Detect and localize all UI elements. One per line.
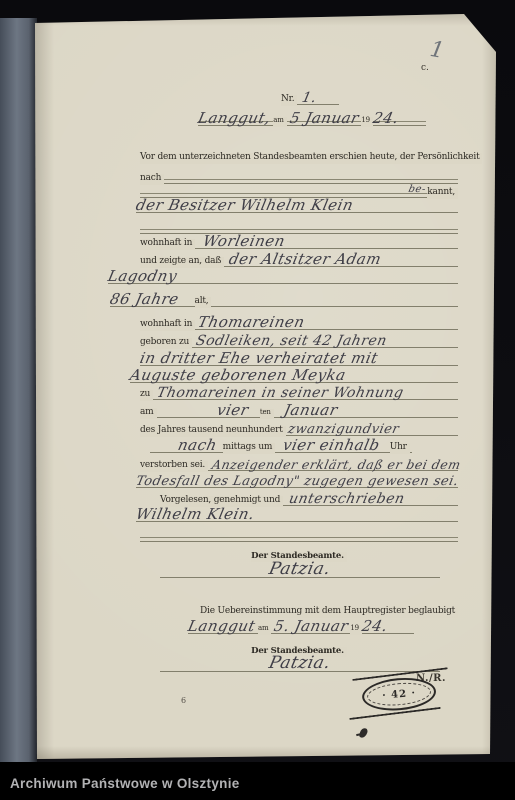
printed-text: Nr.	[281, 95, 297, 106]
scanned-register-page: Nr.1.Langgut,am5 Januar1924.Vor dem unte…	[0, 0, 515, 800]
handwritten-text: be-	[407, 185, 427, 199]
handwritten-text: Lagodny	[106, 269, 178, 285]
handwritten-text: vier	[215, 403, 250, 419]
printed-text: am	[140, 408, 157, 419]
printed-text: kannt,	[427, 188, 458, 199]
handwritten-text: der Besitzer Wilhelm Klein	[134, 198, 354, 214]
form-line: verstorben sei.Anzeigender erklärt, daß …	[140, 451, 458, 472]
handwritten-text: Sodleiken, seit 42 Jahren	[194, 334, 388, 349]
printed-text: verstorben sei.	[140, 461, 208, 472]
handwritten-text: Langgut,	[196, 111, 272, 127]
stamp-number: · 42 ·	[382, 687, 417, 701]
handwritten-text: vier einhalb	[282, 438, 382, 454]
form-line: Patzia.	[160, 558, 440, 579]
handwritten-text: 1.	[301, 91, 319, 106]
handwritten-text: Worleinen	[201, 234, 286, 250]
printed-text: mittags um	[223, 443, 276, 454]
printed-text: geboren zu	[140, 338, 192, 349]
archive-stamp: · 42 ·	[347, 663, 460, 723]
handwritten-text: Wilhelm Klein.	[134, 507, 256, 523]
handwritten-text: Thomareinen	[196, 315, 306, 331]
printed-text: wohnhaft in	[140, 239, 195, 250]
corner-letter: c.	[421, 63, 429, 73]
printed-text: alt,	[195, 297, 212, 308]
handwritten-text: Patzia.	[268, 655, 333, 673]
watermark-bar: Archiwum Państwowe w Olsztynie	[0, 762, 515, 800]
handwritten-text: 24.	[371, 111, 400, 127]
printed-text: am	[258, 625, 271, 635]
printed-text: Uhr	[390, 443, 410, 454]
handwritten-text: Todesfall des Lagodny" zugegen gewesen s…	[135, 475, 460, 489]
form-line: Die Uebereinstimmung mit dem Hauptregist…	[200, 597, 478, 618]
watermark-text: Archiwum Państwowe w Olsztynie	[10, 776, 240, 791]
handwritten-text: Patzia.	[268, 561, 333, 579]
handwritten-text: 86 Jahre	[108, 292, 180, 308]
form-line: Vor dem unterzeichneten Standesbeamten e…	[140, 143, 460, 164]
handwritten-text: 24.	[360, 619, 389, 635]
printed-text: am	[273, 117, 286, 127]
handwritten-text: Thomareinen in seiner Wohnung	[156, 386, 406, 401]
handwritten-text: nach	[176, 438, 218, 454]
form-line: Langgutam5. Januar1924.	[188, 614, 414, 635]
handwritten-text: der Altsitzer Adam	[227, 252, 382, 268]
form-line	[140, 522, 458, 543]
printed-text: nach	[140, 174, 164, 185]
printed-text: Vor dem unterzeichneten Standesbeamten e…	[140, 153, 482, 164]
handwritten-text: Auguste geborenen Meyka	[128, 368, 347, 384]
handwritten-text: Langgut	[186, 619, 256, 635]
handwritten-text: in dritter Ehe verheiratet mit	[138, 351, 379, 367]
handwritten-text: Anzeigender erklärt, daß er bei dem	[211, 459, 462, 473]
handwritten-text: zwanzigundvier	[286, 423, 400, 437]
form-line: Nr.1.	[281, 85, 339, 106]
handwritten-text: unterschrieben	[288, 492, 407, 507]
printed-text: zu	[140, 390, 153, 401]
handwritten-text: Januar	[282, 403, 339, 419]
handwritten-text: 5. Januar	[273, 619, 350, 635]
sheet-number: 6	[181, 696, 186, 705]
handwritten-text: 5 Januar	[288, 111, 360, 127]
form-line: 86 Jahrealt,	[110, 287, 458, 308]
printed-text: wohnhaft in	[140, 320, 195, 331]
printed-text: ten	[260, 409, 274, 419]
form-line: Langgut,am5 Januar1924.	[198, 106, 426, 127]
